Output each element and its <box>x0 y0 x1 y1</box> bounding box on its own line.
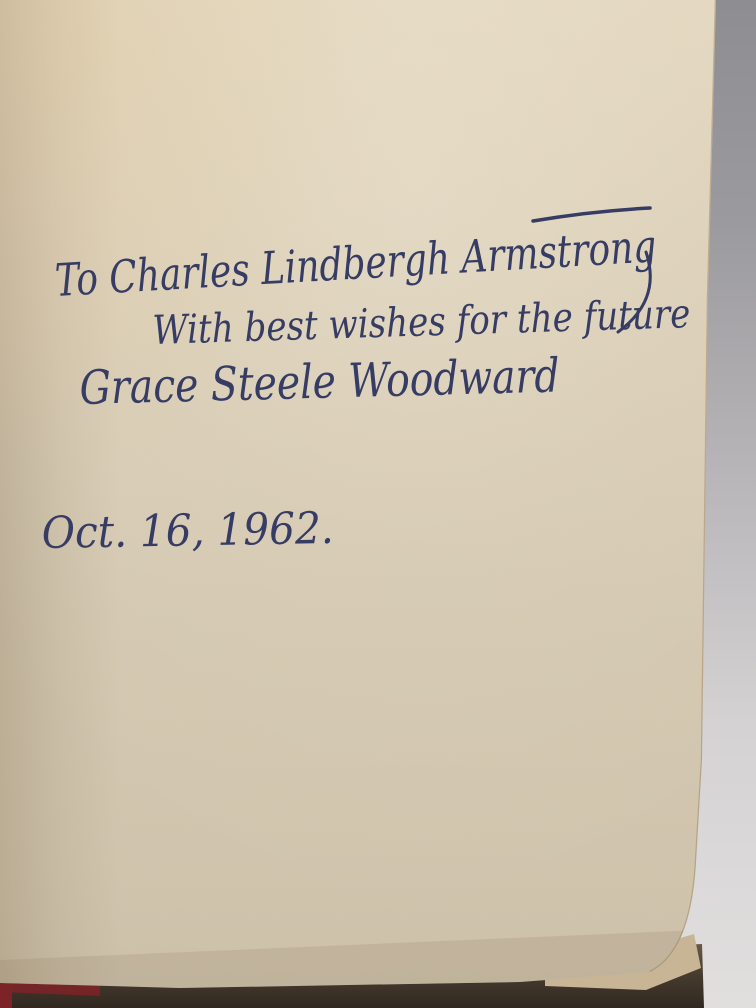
photo-canvas: To Charles Lindbergh Armstrong With best… <box>0 0 756 1008</box>
page-shading <box>0 0 756 1008</box>
book-inscription-photo: To Charles Lindbergh Armstrong With best… <box>0 0 756 1008</box>
inscription-date: Oct. 16, 1962. <box>41 503 334 559</box>
